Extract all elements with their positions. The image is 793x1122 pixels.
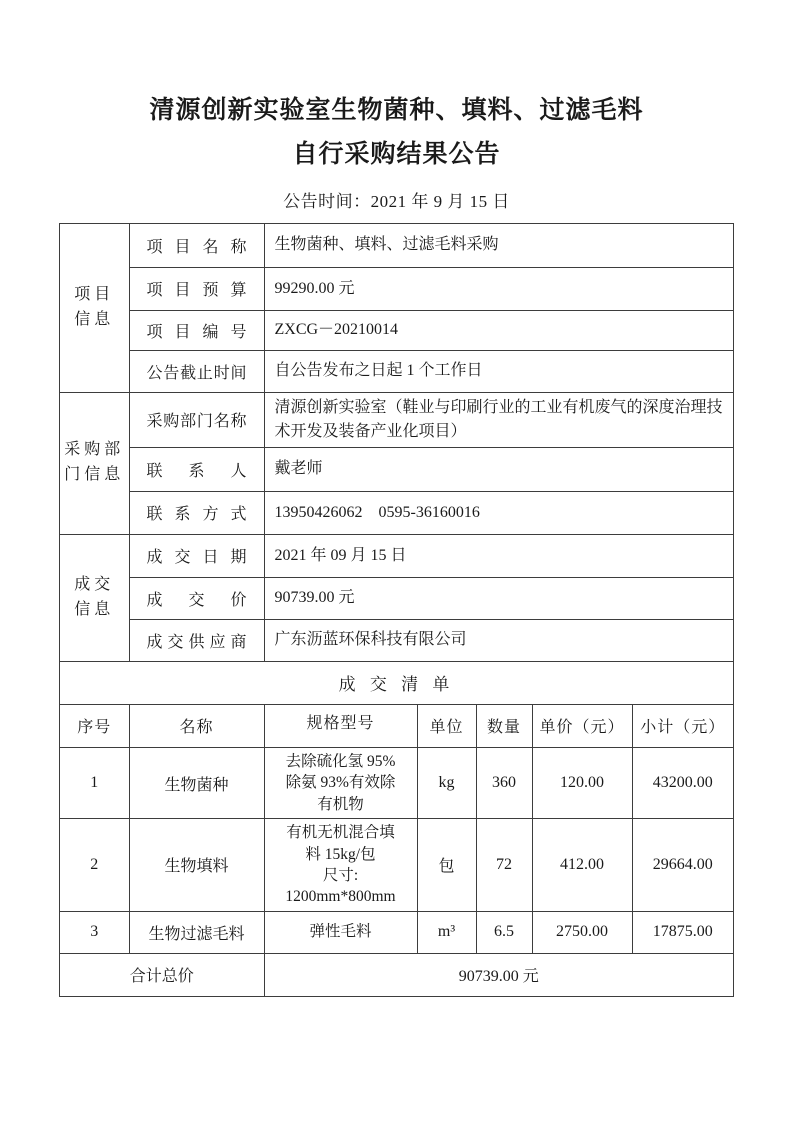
item-no: 3 [60, 911, 129, 953]
field-value-project-name: 生物菌种、填料、过滤毛料采购 [264, 224, 733, 267]
deal-list-table: 序号 名称 规格型号 单位 数量 单价（元） 小计（元） 1 生物菌种 去除硫化… [60, 705, 733, 997]
item-qty: 6.5 [476, 911, 532, 953]
field-value-department-name: 清源创新实验室（鞋业与印刷行业的工业有机废气的深度治理技术开发及装备产业化项目） [264, 392, 733, 447]
item-unit-price: 412.00 [532, 819, 632, 912]
column-header-spec: 规格型号 [264, 705, 417, 748]
document-title-line2: 自行采购结果公告 [0, 140, 793, 170]
column-header-unit: 单位 [417, 705, 476, 748]
item-unit: kg [417, 748, 476, 819]
total-value: 90739.00 元 [264, 953, 733, 996]
field-label-project-number: 项目编号 [129, 310, 264, 350]
field-value-supplier: 广东沥蓝环保科技有限公司 [264, 619, 733, 661]
field-value-project-number: ZXCG－20210014 [264, 310, 733, 350]
item-no: 2 [60, 819, 129, 912]
item-name: 生物填料 [129, 819, 264, 912]
field-value-deal-price: 90739.00 元 [264, 577, 733, 619]
item-spec: 有机无机混合填 料 15kg/包 尺寸: 1200mm*800mm [264, 819, 417, 912]
column-header-no: 序号 [60, 705, 129, 748]
column-header-qty: 数量 [476, 705, 532, 748]
field-label-supplier: 成交供应商 [129, 619, 264, 661]
field-value-contact-method: 13950426062 0595-36160016 [264, 491, 733, 534]
deal-list-banner: 成 交 清 单 [60, 662, 733, 705]
announcement-time: 公告时间：2021 年 9 月 15 日 [0, 187, 793, 212]
field-label-project-name: 项目名称 [129, 224, 264, 267]
item-spec: 去除硫化氢 95% 除氨 93%有效除 有机物 [264, 748, 417, 819]
table-row: 2 生物填料 有机无机混合填 料 15kg/包 尺寸: 1200mm*800mm… [60, 819, 733, 912]
field-label-deal-price: 成交价 [129, 577, 264, 619]
item-unit-price: 2750.00 [532, 911, 632, 953]
field-label-contact-person: 联系人 [129, 447, 264, 491]
field-value-contact-person: 戴老师 [264, 447, 733, 491]
item-unit: 包 [417, 819, 476, 912]
item-name: 生物过滤毛料 [129, 911, 264, 953]
document-page: 清源创新实验室生物菌种、填料、过滤毛料 自行采购结果公告 公告时间：2021 年… [0, 0, 793, 1122]
item-name: 生物菌种 [129, 748, 264, 819]
item-spec: 弹性毛料 [264, 911, 417, 953]
section-label-department-info: 采购部 门信息 [60, 392, 129, 534]
field-label-project-budget: 项目预算 [129, 267, 264, 310]
item-qty: 360 [476, 748, 532, 819]
total-label: 合计总价 [60, 953, 264, 996]
column-header-unit-price: 单价（元） [532, 705, 632, 748]
column-header-name: 名称 [129, 705, 264, 748]
field-label-deal-date: 成交日期 [129, 534, 264, 577]
field-label-deadline: 公告截止时间 [129, 350, 264, 392]
field-label-department-name: 采购部门名称 [129, 392, 264, 447]
field-value-project-budget: 99290.00 元 [264, 267, 733, 310]
table-row: 3 生物过滤毛料 弹性毛料 m³ 6.5 2750.00 17875.00 [60, 911, 733, 953]
total-row: 合计总价 90739.00 元 [60, 953, 733, 996]
item-unit-price: 120.00 [532, 748, 632, 819]
item-qty: 72 [476, 819, 532, 912]
column-header-subtotal: 小计（元） [632, 705, 733, 748]
section-label-project-info: 项目 信息 [60, 224, 129, 392]
item-subtotal: 43200.00 [632, 748, 733, 819]
item-subtotal: 29664.00 [632, 819, 733, 912]
field-value-deal-date: 2021 年 09 月 15 日 [264, 534, 733, 577]
field-value-deadline: 自公告发布之日起 1 个工作日 [264, 350, 733, 392]
info-table: 项目 信息 项目名称 生物菌种、填料、过滤毛料采购 项目预算 99290.00 … [60, 224, 733, 662]
section-label-deal-info: 成交 信息 [60, 534, 129, 661]
item-no: 1 [60, 748, 129, 819]
item-unit: m³ [417, 911, 476, 953]
field-label-contact-method: 联系方式 [129, 491, 264, 534]
item-subtotal: 17875.00 [632, 911, 733, 953]
table-row: 1 生物菌种 去除硫化氢 95% 除氨 93%有效除 有机物 kg 360 12… [60, 748, 733, 819]
procurement-announcement-table: 项目 信息 项目名称 生物菌种、填料、过滤毛料采购 项目预算 99290.00 … [59, 223, 734, 997]
document-title-line1: 清源创新实验室生物菌种、填料、过滤毛料 [0, 96, 793, 126]
